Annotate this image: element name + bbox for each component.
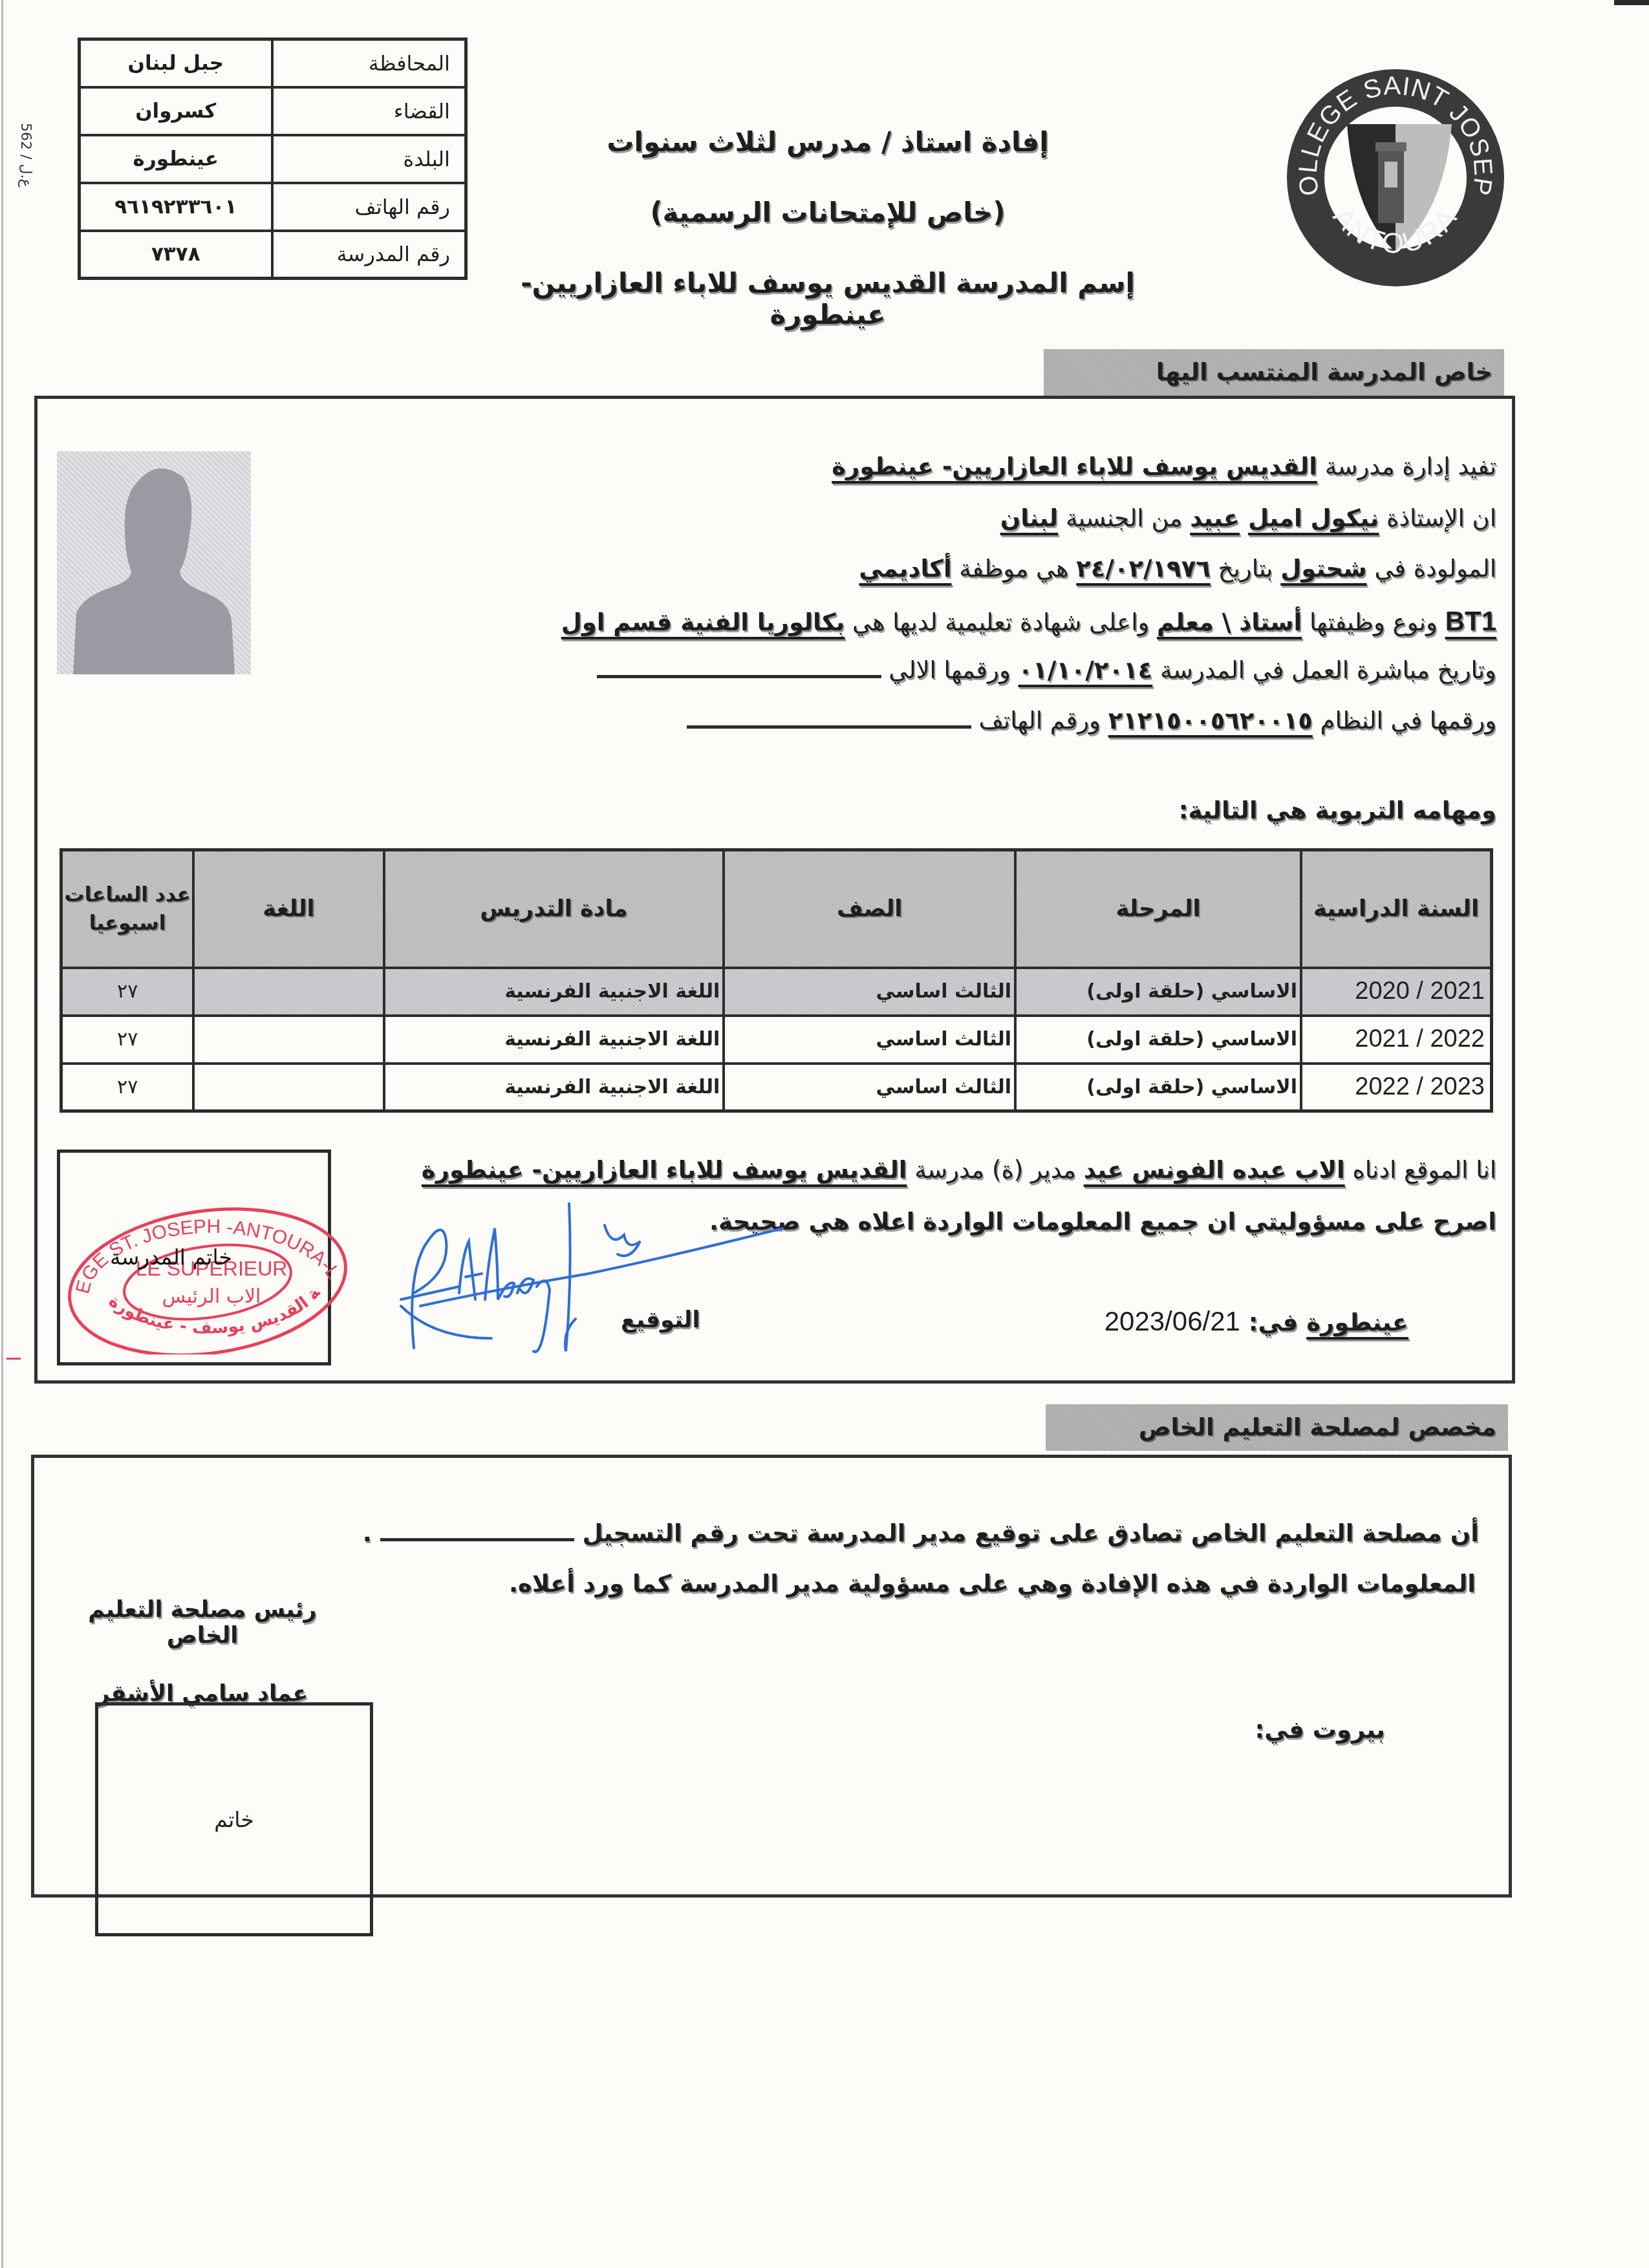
header-subject: مادة التدريس [384,850,724,968]
system-number: ٢١٢١٥٠٠٥٦٢٠٠١٥ [1108,707,1313,734]
text: من الجنسية [1058,504,1190,532]
employee-type: أكاديمي [859,555,951,583]
cell-stage: الاساسي (حلقة اولى) [1015,968,1301,1016]
info-row-school-number: ٧٣٧٨ رقم المدرسة [80,231,466,279]
cell-class: الثالث اساسي [724,1016,1015,1064]
cell-hours: ٢٧ [61,968,194,1016]
seal-label: خاتم [214,1807,254,1832]
info-row-district: كسروان القضاء [80,87,466,135]
chief-title: رئيس مصلحة التعليم الخاص [76,1597,329,1649]
text: في: [1240,1309,1306,1336]
text: . [363,1519,372,1547]
info-value: ٧٣٧٨ [80,231,272,279]
cell-language [193,968,383,1016]
text: هي موظفة [952,555,1077,583]
school-stamp-label: خاتم المدرسة [110,1245,232,1270]
line-system-number: ورقمها في النظام ٢١٢١٥٠٠٥٦٢٠٠١٥ ورقم اله… [687,707,1496,734]
info-label: البلدة [272,135,466,183]
cell-subject: اللغة الاجنبية الفرنسية [384,968,724,1016]
line-job: BT1 ونوع وظيفتها أستاذ \ معلم واعلى شهاد… [561,606,1496,637]
birth-place: شحتول [1280,555,1366,583]
left-edge-line [1,0,3,2268]
text: المولودة في [1367,555,1496,583]
info-row-phone: ٩٦١٩٢٣٣٦٠١ رقم الهاتف [80,183,466,231]
text: ونوع وظيفتها [1302,608,1445,636]
declaration-line-2: اصرح على مسؤوليتي ان جميع المعلومات الوا… [709,1208,1496,1236]
text: ورقم الهاتف [971,707,1108,734]
document-title: إفادة استاذ / مدرس لثلاث سنوات [491,126,1164,158]
text: تفيد إدارة مدرسة [1317,453,1496,480]
director-name: الاب عبده الفونس عيد [1084,1156,1345,1184]
director-signature-icon [394,1203,789,1358]
info-label: المحافظة [272,39,466,87]
school-stamp-icon: COLLEGE ST. JOSEPH -ANTOURA-LIBAN LE SUP… [63,1199,352,1354]
header-stage: المرحلة [1015,850,1301,968]
text: بتاريخ [1211,555,1280,583]
section-header-private-education: مخصص لمصلحة التعليم الخاص [1046,1404,1508,1451]
duties-heading: ومهامه التربوية هي التالية: [1179,797,1496,824]
header-weekly-hours: عدد الساعات اسبوعيا [61,850,194,968]
cell-year: 2022 / 2023 [1301,1064,1492,1111]
text: ورقمها في النظام [1313,707,1496,734]
job-grade: BT1 [1445,606,1496,636]
section-header-school: خاص المدرسة المنتسب اليها [1044,349,1504,396]
info-row-town: عينطورة البلدة [80,135,466,183]
text: وتاريخ مباشرة العمل في المدرسة [1152,656,1496,684]
cell-class: الثالث اساسي [724,968,1015,1016]
table-row: 2021 / 2022 الاساسي (حلقة اولى) الثالث ا… [61,1016,1492,1064]
cell-subject: اللغة الاجنبية الفرنسية [384,1016,724,1064]
phone-blank [687,722,971,729]
text: مدير (ة) مدرسة [907,1156,1083,1184]
school-name: القديس يوسف للاباء العازاريين- عينطورة [832,453,1317,480]
document-titles: إفادة استاذ / مدرس لثلاث سنوات (خاص للإم… [491,126,1164,330]
info-label: رقم الهاتف [272,183,466,231]
line-start-date: وتاريخ مباشرة العمل في المدرسة ٠١/١٠/٢٠١… [597,656,1496,684]
corner-mark [1614,0,1649,5]
header-language: اللغة [193,850,383,968]
approval-line-2: المعلومات الواردة في هذه الإفادة وهي على… [509,1570,1476,1598]
beirut-date-label: بيروت في: [1255,1716,1385,1744]
line-birth: المولودة في شحتول بتاريخ ٢٤/٠٢/١٩٧٦ هي م… [859,555,1496,583]
info-label: القضاء [272,87,466,135]
info-row-governorate: جبل لبنان المحافظة [80,39,466,87]
highest-degree: بكالوريا الفنية قسم اول [561,608,845,636]
info-value: عينطورة [80,135,272,183]
declaration-date: عينطورة في: 2023/06/21 [1105,1306,1408,1337]
official-seal-box: خاتم [95,1702,373,1936]
job-title: أستاذ \ معلم [1157,608,1302,636]
info-value: كسروان [80,87,272,135]
cell-stage: الاساسي (حلقة اولى) [1015,1064,1301,1111]
declaration-line-1: انا الموقع ادناه الاب عبده الفونس عيد مد… [422,1156,1496,1184]
info-label: رقم المدرسة [272,231,466,279]
teacher-nationality: لبنان [1000,504,1059,532]
duties-table: السنة الدراسية المرحلة الصف مادة التدريس… [59,848,1493,1113]
text: ورقمها الالي [881,656,1018,684]
cell-subject: اللغة الاجنبية الفرنسية [384,1064,724,1111]
school-name: القديس يوسف للاباء العازاريين- عينطورة [422,1156,907,1184]
duties-header-row: السنة الدراسية المرحلة الصف مادة التدريس… [61,850,1492,968]
cell-hours: ٢٧ [61,1064,194,1111]
declaration-date-value: 2023/06/21 [1105,1306,1240,1336]
teacher-last-name: عبيد [1190,504,1240,532]
teacher-first-name: نيكول اميل [1248,504,1379,532]
margin-mark [6,1358,21,1360]
table-row: 2022 / 2023 الاساسي (حلقة اولى) الثالث ا… [61,1064,1492,1111]
table-row: 2020 / 2021 الاساسي (حلقة اولى) الثالث ا… [61,968,1492,1016]
person-silhouette-icon [57,451,251,674]
cell-language [193,1016,383,1064]
cell-class: الثالث اساسي [724,1064,1015,1111]
info-value: جبل لبنان [80,39,272,87]
start-date: ٠١/١٠/٢٠١٤ [1018,656,1153,684]
text: انا الموقع ادناه [1345,1156,1496,1184]
school-name-title: إسم المدرسة القديس يوسف للاباء العازاريي… [491,267,1164,330]
birth-date: ٢٤/٠٢/١٩٧٦ [1076,555,1211,583]
text: ان الإستاذة [1379,504,1496,532]
cell-hours: ٢٧ [61,1016,194,1064]
text: واعلى شهادة تعليمية لديها هي [845,608,1157,636]
cell-stage: الاساسي (حلقة اولى) [1015,1016,1301,1064]
school-logo-icon: COLLEGE SAINT JOSEPH ANTOURA [1282,65,1509,291]
header-year: السنة الدراسية [1301,850,1492,968]
info-value: ٩٦١٩٢٣٣٦٠١ [80,183,272,231]
computer-number-blank [597,672,881,678]
teacher-photo [57,451,251,674]
school-info-table: جبل لبنان المحافظة كسروان القضاء عينطورة… [78,37,468,280]
text: أن مصلحة التعليم الخاص تصادق على توقيع م… [582,1519,1479,1547]
document-subtitle: (خاص للإمتحانات الرسمية) [491,197,1164,228]
cell-language [193,1064,383,1111]
registration-number-blank [380,1535,574,1541]
declaration-place: عينطورة [1306,1309,1408,1336]
approval-line-1: أن مصلحة التعليم الخاص تصادق على توقيع م… [363,1519,1479,1547]
header-class: الصف [724,850,1015,968]
stamp-inner-arabic: الاب الرئيس [162,1285,261,1308]
line-teacher: ان الإستاذة نيكول اميل عبيد من الجنسية ل… [1000,504,1496,532]
side-reference-number: ع.ل / 562 [17,123,34,187]
line-school: تفيد إدارة مدرسة القديس يوسف للاباء العا… [832,453,1496,480]
cell-year: 2021 / 2022 [1301,1016,1492,1064]
cell-year: 2020 / 2021 [1301,968,1492,1016]
